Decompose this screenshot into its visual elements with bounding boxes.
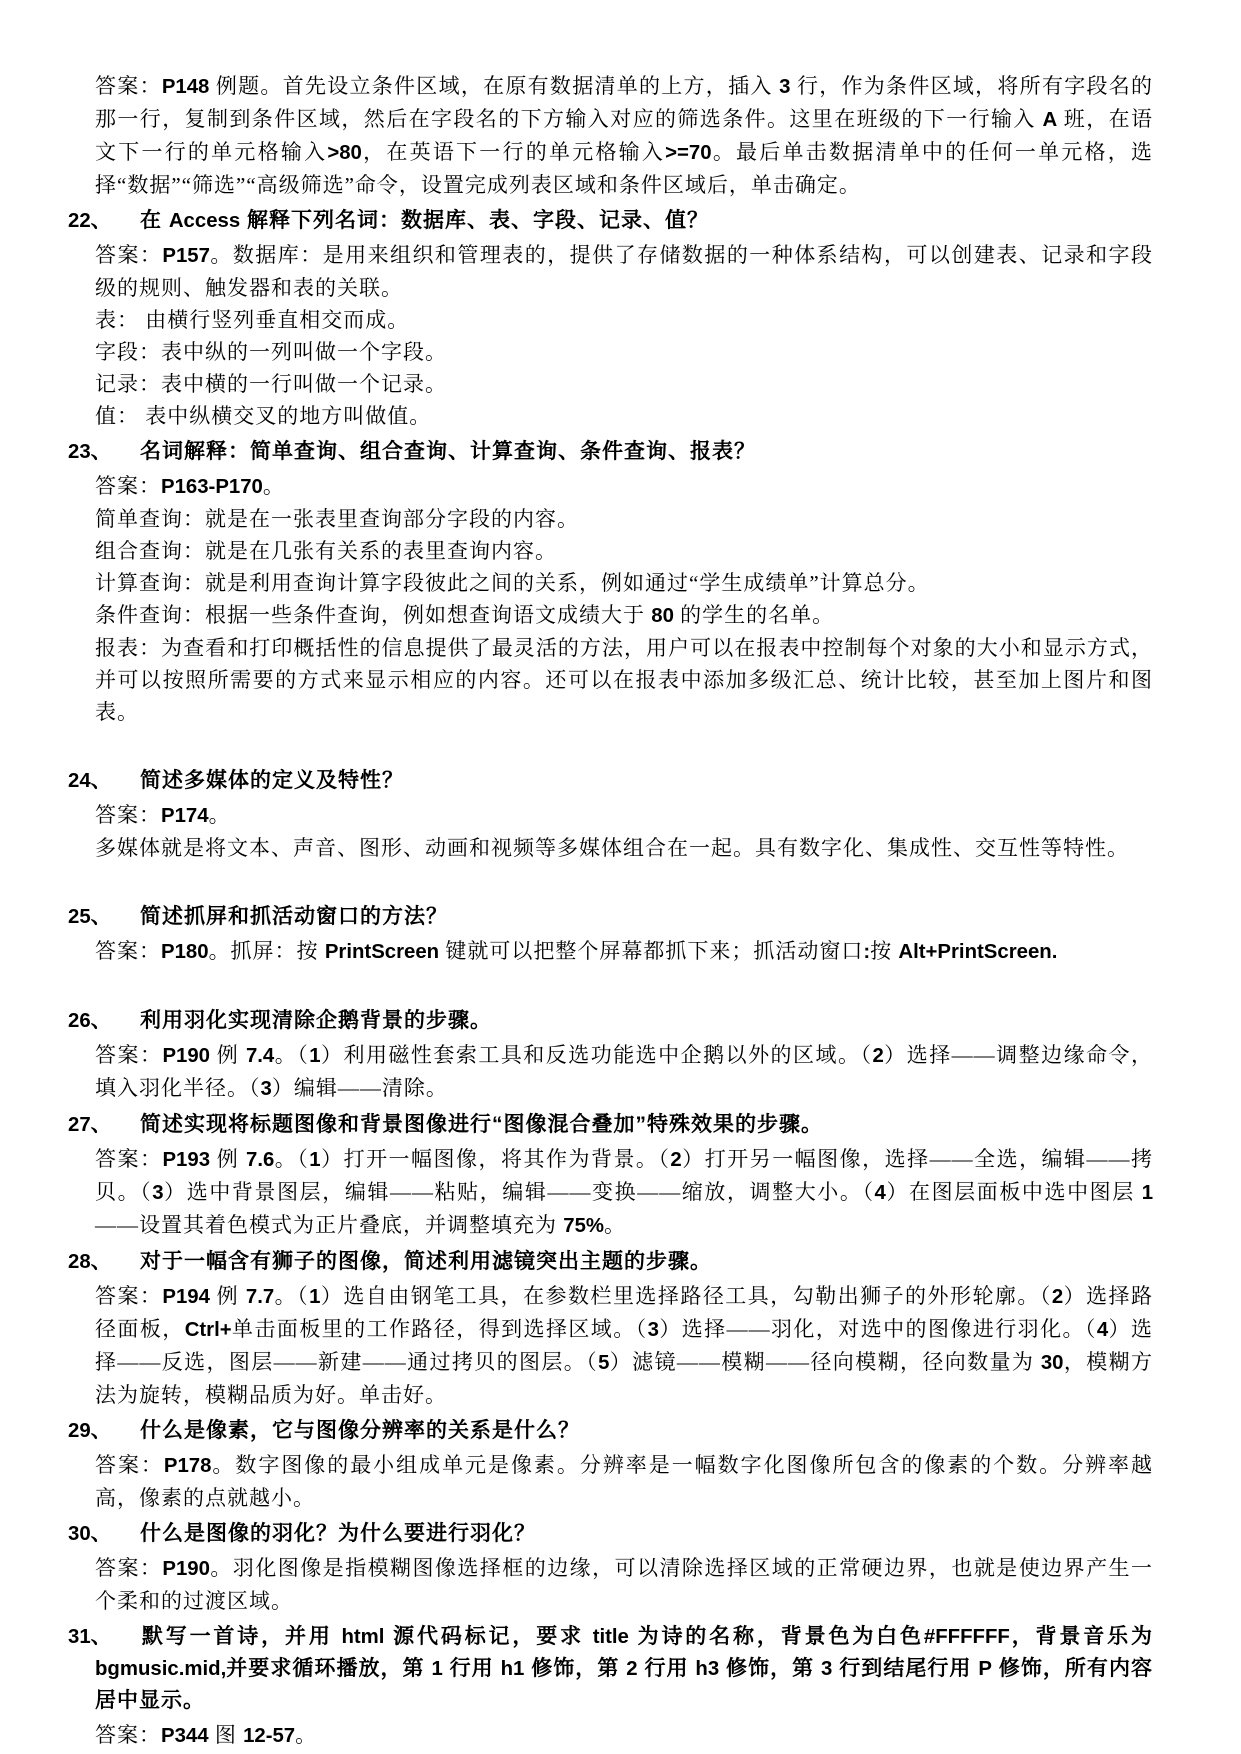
answer-paragraph: 多媒体就是将文本、声音、图形、动画和视频等多媒体组合在一起。具有数字化、集成性、… (95, 832, 1153, 864)
question-number: 29、 (68, 1414, 140, 1447)
qa-item-24: 24、简述多媒体的定义及特性？ 答案：P174。 多媒体就是将文本、声音、图形、… (68, 764, 1153, 864)
answer-paragraph: 简单查询：就是在一张表里查询部分字段的内容。 (95, 503, 1153, 535)
answer-paragraph: 答案：P190。羽化图像是指模糊图像选择框的边缘，可以清除选择区域的正常硬边界，… (95, 1552, 1153, 1617)
qa-item-28: 28、对于一幅含有狮子的图像，简述利用滤镜突出主题的步骤。 答案：P194 例 … (68, 1245, 1153, 1411)
answer-paragraph: 答案：P193 例 7.6。（1）打开一幅图像，将其作为背景。（2）打开另一幅图… (95, 1143, 1153, 1242)
question-heading: 22、在 Access 解释下列名词：数据库、表、字段、记录、值？ (95, 204, 1153, 237)
question-text: 对于一幅含有狮子的图像，简述利用滤镜突出主题的步骤。 (140, 1250, 712, 1273)
question-number: 22、 (68, 204, 140, 237)
answer-paragraph: 答案：P194 例 7.7。（1）选自由钢笔工具，在参数栏里选择路径工具，勾勒出… (95, 1280, 1153, 1411)
question-heading: 26、利用羽化实现清除企鹅背景的步骤。 (95, 1004, 1153, 1037)
answer-paragraph: 计算查询：就是利用查询计算字段彼此之间的关系，例如通过“学生成绩单”计算总分。 (95, 567, 1153, 599)
intro-answer-paragraph: 答案：P148 例题。首先设立条件区域，在原有数据清单的上方，插入 3 行，作为… (95, 70, 1153, 201)
qa-item-31: 31、默写一首诗，并用 html 源代码标记，要求 title 为诗的名称，背景… (68, 1620, 1153, 1752)
answer-paragraph: 组合查询：就是在几张有关系的表里查询内容。 (95, 535, 1153, 567)
question-heading: 31、默写一首诗，并用 html 源代码标记，要求 title 为诗的名称，背景… (95, 1620, 1153, 1717)
qa-item-25: 25、简述抓屏和抓活动窗口的方法？ 答案：P180。抓屏：按 PrintScre… (68, 900, 1153, 968)
question-text: 默写一首诗，并用 html 源代码标记，要求 title 为诗的名称，背景色为白… (95, 1625, 1153, 1712)
question-heading: 30、什么是图像的羽化？为什么要进行羽化？ (95, 1517, 1153, 1550)
question-heading: 24、简述多媒体的定义及特性？ (95, 764, 1153, 797)
question-number: 24、 (68, 764, 140, 797)
qa-item-27: 27、简述实现将标题图像和背景图像进行“图像混合叠加”特殊效果的步骤。 答案：P… (68, 1108, 1153, 1242)
document-page: 答案：P148 例题。首先设立条件区域，在原有数据清单的上方，插入 3 行，作为… (0, 0, 1241, 1754)
answer-paragraph: 字段：表中纵的一列叫做一个字段。 (95, 336, 1153, 368)
answer-paragraph: 答案：P190 例 7.4。（1）利用磁性套索工具和反选功能选中企鹅以外的区域。… (95, 1039, 1153, 1105)
answer-paragraph: 答案：P163-P170。 (95, 470, 1153, 503)
question-text: 简述抓屏和抓活动窗口的方法？ (140, 905, 448, 928)
answer-paragraph: 答案：P178。数字图像的最小组成单元是像素。分辨率是一幅数字化图像所包含的像素… (95, 1449, 1153, 1514)
question-number: 25、 (68, 900, 140, 933)
qa-item-26: 26、利用羽化实现清除企鹅背景的步骤。 答案：P190 例 7.4。（1）利用磁… (68, 1004, 1153, 1105)
qa-item-30: 30、什么是图像的羽化？为什么要进行羽化？ 答案：P190。羽化图像是指模糊图像… (68, 1517, 1153, 1617)
question-heading: 27、简述实现将标题图像和背景图像进行“图像混合叠加”特殊效果的步骤。 (95, 1108, 1153, 1141)
question-text: 名词解释：简单查询、组合查询、计算查询、条件查询、报表？ (140, 440, 756, 463)
question-number: 27、 (68, 1108, 140, 1141)
answer-paragraph: 值： 表中纵横交叉的地方叫做值。 (95, 400, 1153, 432)
question-text: 简述实现将标题图像和背景图像进行“图像混合叠加”特殊效果的步骤。 (140, 1113, 823, 1136)
question-text: 什么是像素，它与图像分辨率的关系是什么？ (140, 1419, 580, 1442)
answer-paragraph: 报表：为查看和打印概括性的信息提供了最灵活的方法，用户可以在报表中控制每个对象的… (95, 632, 1153, 728)
question-text: 在 Access 解释下列名词：数据库、表、字段、记录、值？ (140, 209, 709, 232)
question-heading: 28、对于一幅含有狮子的图像，简述利用滤镜突出主题的步骤。 (95, 1245, 1153, 1278)
question-text: 利用羽化实现清除企鹅背景的步骤。 (140, 1009, 492, 1032)
answer-paragraph: 答案：P180。抓屏：按 PrintScreen 键就可以把整个屏幕都抓下来；抓… (95, 935, 1153, 968)
answer-paragraph: 记录：表中横的一行叫做一个记录。 (95, 368, 1153, 400)
answer-paragraph: 答案：P157。数据库：是用来组织和管理表的，提供了存储数据的一种体系结构，可以… (95, 239, 1153, 304)
question-number: 30、 (68, 1517, 140, 1550)
question-number: 31、 (68, 1620, 140, 1653)
question-heading: 23、名词解释：简单查询、组合查询、计算查询、条件查询、报表？ (95, 435, 1153, 468)
qa-item-23: 23、名词解释：简单查询、组合查询、计算查询、条件查询、报表？ 答案：P163-… (68, 435, 1153, 728)
question-text: 简述多媒体的定义及特性？ (140, 769, 404, 792)
answer-paragraph: 答案：P344 图 12-57。 (95, 1719, 1153, 1752)
answer-paragraph: 条件查询：根据一些条件查询，例如想查询语文成绩大于 80 的学生的名单。 (95, 599, 1153, 632)
qa-item-29: 29、什么是像素，它与图像分辨率的关系是什么？ 答案：P178。数字图像的最小组… (68, 1414, 1153, 1514)
answer-paragraph: 答案：P174。 (95, 799, 1153, 832)
question-text: 什么是图像的羽化？为什么要进行羽化？ (140, 1522, 536, 1545)
question-heading: 29、什么是像素，它与图像分辨率的关系是什么？ (95, 1414, 1153, 1447)
qa-item-22: 22、在 Access 解释下列名词：数据库、表、字段、记录、值？ 答案：P15… (68, 204, 1153, 432)
question-heading: 25、简述抓屏和抓活动窗口的方法？ (95, 900, 1153, 933)
question-number: 23、 (68, 435, 140, 468)
question-number: 28、 (68, 1245, 140, 1278)
question-number: 26、 (68, 1004, 140, 1037)
answer-paragraph: 表： 由横行竖列垂直相交而成。 (95, 304, 1153, 336)
